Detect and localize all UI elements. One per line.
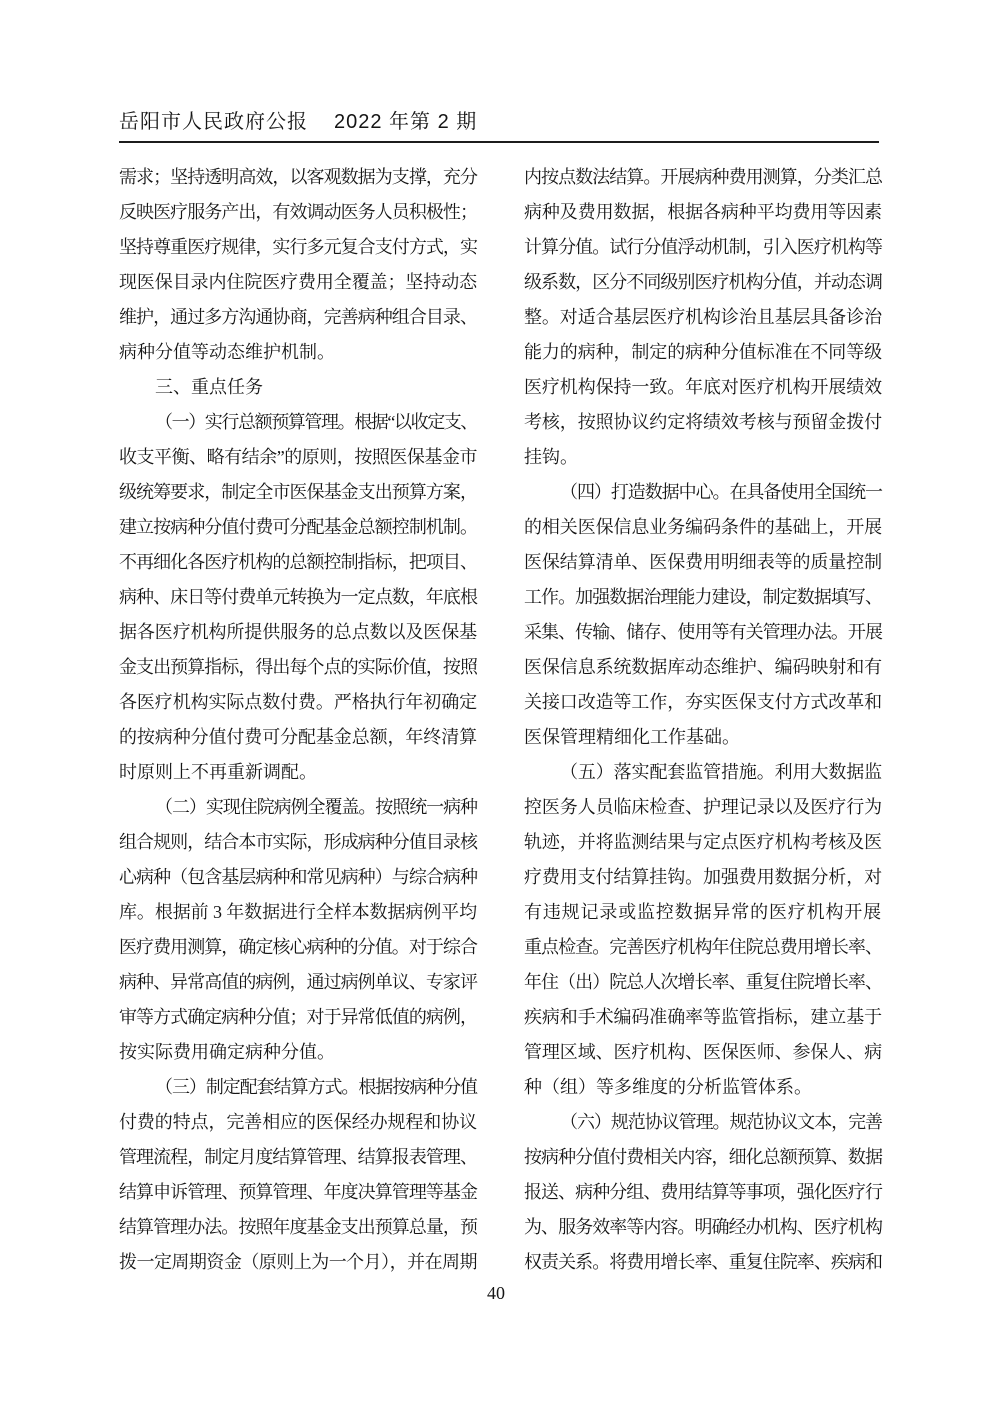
- text-line: 有违规记录或监控数据异常的医疗机构开展: [524, 895, 882, 930]
- text-line: 现医保目录内住院医疗费用全覆盖；坚持动态: [119, 265, 477, 300]
- text-line-content: 医疗费用测算，确定核心病种的分值。对于综合: [119, 937, 477, 957]
- text-line-content: 按实际费用确定病种分值。: [119, 1042, 335, 1062]
- page-header: 岳阳市人民政府公报2022 年第 2 期: [119, 110, 879, 143]
- text-line: 权责关系。将费用增长率、重复住院率、疾病和: [524, 1245, 882, 1280]
- running-head: 岳阳市人民政府公报2022 年第 2 期: [119, 110, 879, 134]
- text-line: 级系数，区分不同级别医疗机构分值，并动态调: [524, 265, 882, 300]
- text-line: 工作。加强数据治理能力建设，制定数据填写、: [524, 580, 882, 615]
- text-line-content: 病种分值等动态维护机制。: [119, 342, 335, 362]
- text-line-content: 拨一定周期资金（原则上为一个月），并在周期: [119, 1252, 477, 1272]
- text-line-content: 计算分值。试行分值浮动机制，引入医疗机构等: [524, 237, 882, 257]
- text-line-content: 级系数，区分不同级别医疗机构分值，并动态调: [524, 272, 882, 292]
- text-line-content: （二）实现住院病例全覆盖。按照统一病种: [155, 797, 477, 817]
- text-line: 管理流程，制定月度结算管理、结算报表管理、: [119, 1140, 477, 1175]
- text-line: 结算申诉管理、预算管理、年度决算管理等基金: [119, 1175, 477, 1210]
- text-line: 报送、病种分组、费用结算等事项，强化医疗行: [524, 1175, 882, 1210]
- text-line-content: 采集、传输、储存、使用等有关管理办法。开展: [524, 622, 882, 642]
- text-line-content: 年住（出）院总人次增长率、重复住院增长率、: [524, 972, 882, 992]
- text-line: 心病种（包含基层病种和常见病种）与综合病种: [119, 860, 477, 895]
- text-line: 整。对适合基层医疗机构诊治且基层具备诊治: [524, 300, 882, 335]
- text-line-content: 有违规记录或监控数据异常的医疗机构开展: [524, 902, 882, 922]
- text-line-content: 时原则上不再重新调配。: [119, 762, 317, 782]
- article-body: 需求；坚持透明高效，以客观数据为支撑，充分反映医疗服务产出，有效调动医务人员积极…: [119, 160, 882, 1280]
- text-line: 按病种分值付费相关内容，细化总额预算、数据: [524, 1140, 882, 1175]
- text-line-content: 金支出预算指标，得出每个点的实际价值，按照: [119, 657, 477, 677]
- text-line: 需求；坚持透明高效，以客观数据为支撑，充分: [119, 160, 477, 195]
- text-line-content: 控医务人员临床检查、护理记录以及医疗行为: [524, 797, 882, 817]
- text-line-content: 维护，通过多方沟通协商，完善病种组合目录、: [119, 307, 477, 327]
- text-line-content: 管理流程，制定月度结算管理、结算报表管理、: [119, 1147, 477, 1167]
- text-line-content: 挂钩。: [524, 447, 578, 467]
- text-line-content: 级统筹要求，制定全市医保基金支出预算方案，: [119, 482, 477, 502]
- text-line: 医保信息系统数据库动态维护、编码映射和有: [524, 650, 882, 685]
- text-line-content: 病种及费用数据，根据各病种平均费用等因素: [524, 202, 882, 222]
- text-line: （四）打造数据中心。在具备使用全国统一: [524, 475, 882, 510]
- text-line: 疗费用支付结算挂钩。加强费用数据分析，对: [524, 860, 882, 895]
- text-line: 库。根据前 3 年数据进行全样本数据病例平均: [119, 895, 477, 930]
- text-line: 病种、异常高值的病例，通过病例单议、专家评: [119, 965, 477, 1000]
- text-line-content: 三、重点任务: [155, 377, 263, 397]
- text-line: 组合规则，结合本市实际，形成病种分值目录核: [119, 825, 477, 860]
- text-line: 病种分值等动态维护机制。: [119, 335, 477, 370]
- issue-label: 2022 年第 2 期: [334, 111, 477, 133]
- text-line-content: 医保管理精细化工作基础。: [524, 727, 740, 747]
- text-line: 医疗机构保持一致。年底对医疗机构开展绩效: [524, 370, 882, 405]
- text-line-content: 医疗机构保持一致。年底对医疗机构开展绩效: [524, 377, 882, 397]
- text-line-content: 为、服务效率等内容。明确经办机构、医疗机构: [524, 1217, 882, 1237]
- text-line: （二）实现住院病例全覆盖。按照统一病种: [119, 790, 477, 825]
- gazette-title: 岳阳市人民政府公报: [119, 111, 308, 133]
- text-line: 关接口改造等工作，夯实医保支付方式改革和: [524, 685, 882, 720]
- text-line-content: 考核，按照协议约定将绩效考核与预留金拨付: [524, 412, 882, 432]
- text-line: 审等方式确定病种分值；对于异常低值的病例，: [119, 1000, 477, 1035]
- text-line: 重点检查。完善医疗机构年住院总费用增长率、: [524, 930, 882, 965]
- text-line: 结算管理办法。按照年度基金支出预算总量，预: [119, 1210, 477, 1245]
- text-line: 付费的特点，完善相应的医保经办规程和协议: [119, 1105, 477, 1140]
- text-line-content: 医保信息系统数据库动态维护、编码映射和有: [524, 657, 882, 677]
- text-line-content: 反映医疗服务产出，有效调动医务人员积极性；: [119, 202, 477, 222]
- text-line-content: 现医保目录内住院医疗费用全覆盖；坚持动态: [119, 272, 477, 292]
- text-line-content: 疗费用支付结算挂钩。加强费用数据分析，对: [524, 867, 882, 887]
- page-footer: 40: [0, 1281, 992, 1305]
- text-line: 据各医疗机构所提供服务的总点数以及医保基: [119, 615, 477, 650]
- text-line-content: 结算申诉管理、预算管理、年度决算管理等基金: [119, 1182, 477, 1202]
- text-line: 金支出预算指标，得出每个点的实际价值，按照: [119, 650, 477, 685]
- left-column: 需求；坚持透明高效，以客观数据为支撑，充分反映医疗服务产出，有效调动医务人员积极…: [119, 160, 477, 1280]
- text-line: 病种、床日等付费单元转换为一定点数，年底根: [119, 580, 477, 615]
- text-line-content: 关接口改造等工作，夯实医保支付方式改革和: [524, 692, 882, 712]
- text-line-content: 需求；坚持透明高效，以客观数据为支撑，充分: [119, 167, 477, 187]
- text-line: 医保结算清单、医保费用明细表等的质量控制: [524, 545, 882, 580]
- text-line-content: 权责关系。将费用增长率、重复住院率、疾病和: [524, 1252, 882, 1272]
- text-line: 的相关医保信息业务编码条件的基础上，开展: [524, 510, 882, 545]
- text-line-content: 的相关医保信息业务编码条件的基础上，开展: [524, 517, 882, 537]
- text-line: （三）制定配套结算方式。根据按病种分值: [119, 1070, 477, 1105]
- text-line-content: 各医疗机构实际点数付费。严格执行年初确定: [119, 692, 477, 712]
- text-line: 内按点数法结算。开展病种费用测算，分类汇总: [524, 160, 882, 195]
- text-line-content: 收支平衡、略有结余”的原则，按照医保基金市: [119, 447, 477, 467]
- text-line: 坚持尊重医疗规律，实行多元复合支付方式，实: [119, 230, 477, 265]
- text-line-content: 病种、床日等付费单元转换为一定点数，年底根: [119, 587, 477, 607]
- text-line: 建立按病种分值付费可分配基金总额控制机制。: [119, 510, 477, 545]
- text-line-content: （六）规范协议管理。规范协议文本，完善: [560, 1112, 882, 1132]
- text-line-content: 轨迹，并将监测结果与定点医疗机构考核及医: [524, 832, 882, 852]
- text-line-content: （五）落实配套监管措施。利用大数据监: [560, 762, 882, 782]
- text-line-content: （一）实行总额预算管理。根据“以收定支、: [155, 412, 477, 432]
- page-number: 40: [487, 1283, 505, 1303]
- text-line: 为、服务效率等内容。明确经办机构、医疗机构: [524, 1210, 882, 1245]
- text-line-content: 医保结算清单、医保费用明细表等的质量控制: [524, 552, 882, 572]
- text-line-content: 内按点数法结算。开展病种费用测算，分类汇总: [524, 167, 882, 187]
- text-line-content: 报送、病种分组、费用结算等事项，强化医疗行: [524, 1182, 882, 1202]
- section-heading: 三、重点任务: [119, 370, 477, 405]
- text-line-content: 工作。加强数据治理能力建设，制定数据填写、: [524, 587, 882, 607]
- text-line-content: 建立按病种分值付费可分配基金总额控制机制。: [119, 517, 477, 537]
- text-line: （五）落实配套监管措施。利用大数据监: [524, 755, 882, 790]
- text-line-content: 整。对适合基层医疗机构诊治且基层具备诊治: [524, 307, 882, 327]
- text-line-content: 坚持尊重医疗规律，实行多元复合支付方式，实: [119, 237, 477, 257]
- text-line: 时原则上不再重新调配。: [119, 755, 477, 790]
- text-line-content: 能力的病种，制定的病种分值标准在不同等级: [524, 342, 882, 362]
- text-line: 的按病种分值付费可分配基金总额，年终清算: [119, 720, 477, 755]
- text-line: 挂钩。: [524, 440, 882, 475]
- text-line: 各医疗机构实际点数付费。严格执行年初确定: [119, 685, 477, 720]
- text-line: 采集、传输、储存、使用等有关管理办法。开展: [524, 615, 882, 650]
- text-line-content: 结算管理办法。按照年度基金支出预算总量，预: [119, 1217, 477, 1237]
- right-column: 内按点数法结算。开展病种费用测算，分类汇总病种及费用数据，根据各病种平均费用等因…: [524, 160, 882, 1280]
- gazette-page: 岳阳市人民政府公报2022 年第 2 期 需求；坚持透明高效，以客观数据为支撑，…: [0, 0, 992, 1403]
- text-line: （一）实行总额预算管理。根据“以收定支、: [119, 405, 477, 440]
- text-line: 医保管理精细化工作基础。: [524, 720, 882, 755]
- text-line-content: 病种、异常高值的病例，通过病例单议、专家评: [119, 972, 477, 992]
- text-line: 拨一定周期资金（原则上为一个月），并在周期: [119, 1245, 477, 1280]
- text-line: 能力的病种，制定的病种分值标准在不同等级: [524, 335, 882, 370]
- text-line: 医疗费用测算，确定核心病种的分值。对于综合: [119, 930, 477, 965]
- text-line: 考核，按照协议约定将绩效考核与预留金拨付: [524, 405, 882, 440]
- text-line: （六）规范协议管理。规范协议文本，完善: [524, 1105, 882, 1140]
- text-line: 按实际费用确定病种分值。: [119, 1035, 477, 1070]
- text-line: 疾病和手术编码准确率等监管指标，建立基于: [524, 1000, 882, 1035]
- text-line: 计算分值。试行分值浮动机制，引入医疗机构等: [524, 230, 882, 265]
- text-line: 反映医疗服务产出，有效调动医务人员积极性；: [119, 195, 477, 230]
- text-line-content: 种（组）等多维度的分析监管体系。: [524, 1077, 812, 1097]
- text-line-content: 的按病种分值付费可分配基金总额，年终清算: [119, 727, 477, 747]
- text-line: 种（组）等多维度的分析监管体系。: [524, 1070, 882, 1105]
- text-line-content: 付费的特点，完善相应的医保经办规程和协议: [119, 1112, 477, 1132]
- text-line: 不再细化各医疗机构的总额控制指标，把项目、: [119, 545, 477, 580]
- text-line: 控医务人员临床检查、护理记录以及医疗行为: [524, 790, 882, 825]
- text-line-content: 重点检查。完善医疗机构年住院总费用增长率、: [524, 937, 882, 957]
- text-line-content: 库。根据前 3 年数据进行全样本数据病例平均: [119, 902, 477, 922]
- text-line: 病种及费用数据，根据各病种平均费用等因素: [524, 195, 882, 230]
- text-line-content: 不再细化各医疗机构的总额控制指标，把项目、: [119, 552, 477, 572]
- text-line: 收支平衡、略有结余”的原则，按照医保基金市: [119, 440, 477, 475]
- text-line-content: 心病种（包含基层病种和常见病种）与综合病种: [119, 867, 477, 887]
- header-rule: [119, 141, 879, 143]
- text-line-content: 据各医疗机构所提供服务的总点数以及医保基: [119, 622, 477, 642]
- text-line-content: 按病种分值付费相关内容，细化总额预算、数据: [524, 1147, 882, 1167]
- text-line-content: 管理区域、医疗机构、医保医师、参保人、病: [524, 1042, 882, 1062]
- text-line-content: 组合规则，结合本市实际，形成病种分值目录核: [119, 832, 477, 852]
- text-line: 维护，通过多方沟通协商，完善病种组合目录、: [119, 300, 477, 335]
- text-line-content: 疾病和手术编码准确率等监管指标，建立基于: [524, 1007, 882, 1027]
- text-line: 轨迹，并将监测结果与定点医疗机构考核及医: [524, 825, 882, 860]
- text-line: 级统筹要求，制定全市医保基金支出预算方案，: [119, 475, 477, 510]
- text-line: 年住（出）院总人次增长率、重复住院增长率、: [524, 965, 882, 1000]
- text-line: 管理区域、医疗机构、医保医师、参保人、病: [524, 1035, 882, 1070]
- text-line-content: （四）打造数据中心。在具备使用全国统一: [560, 482, 882, 502]
- text-line-content: （三）制定配套结算方式。根据按病种分值: [155, 1077, 477, 1097]
- text-line-content: 审等方式确定病种分值；对于异常低值的病例，: [119, 1007, 477, 1027]
